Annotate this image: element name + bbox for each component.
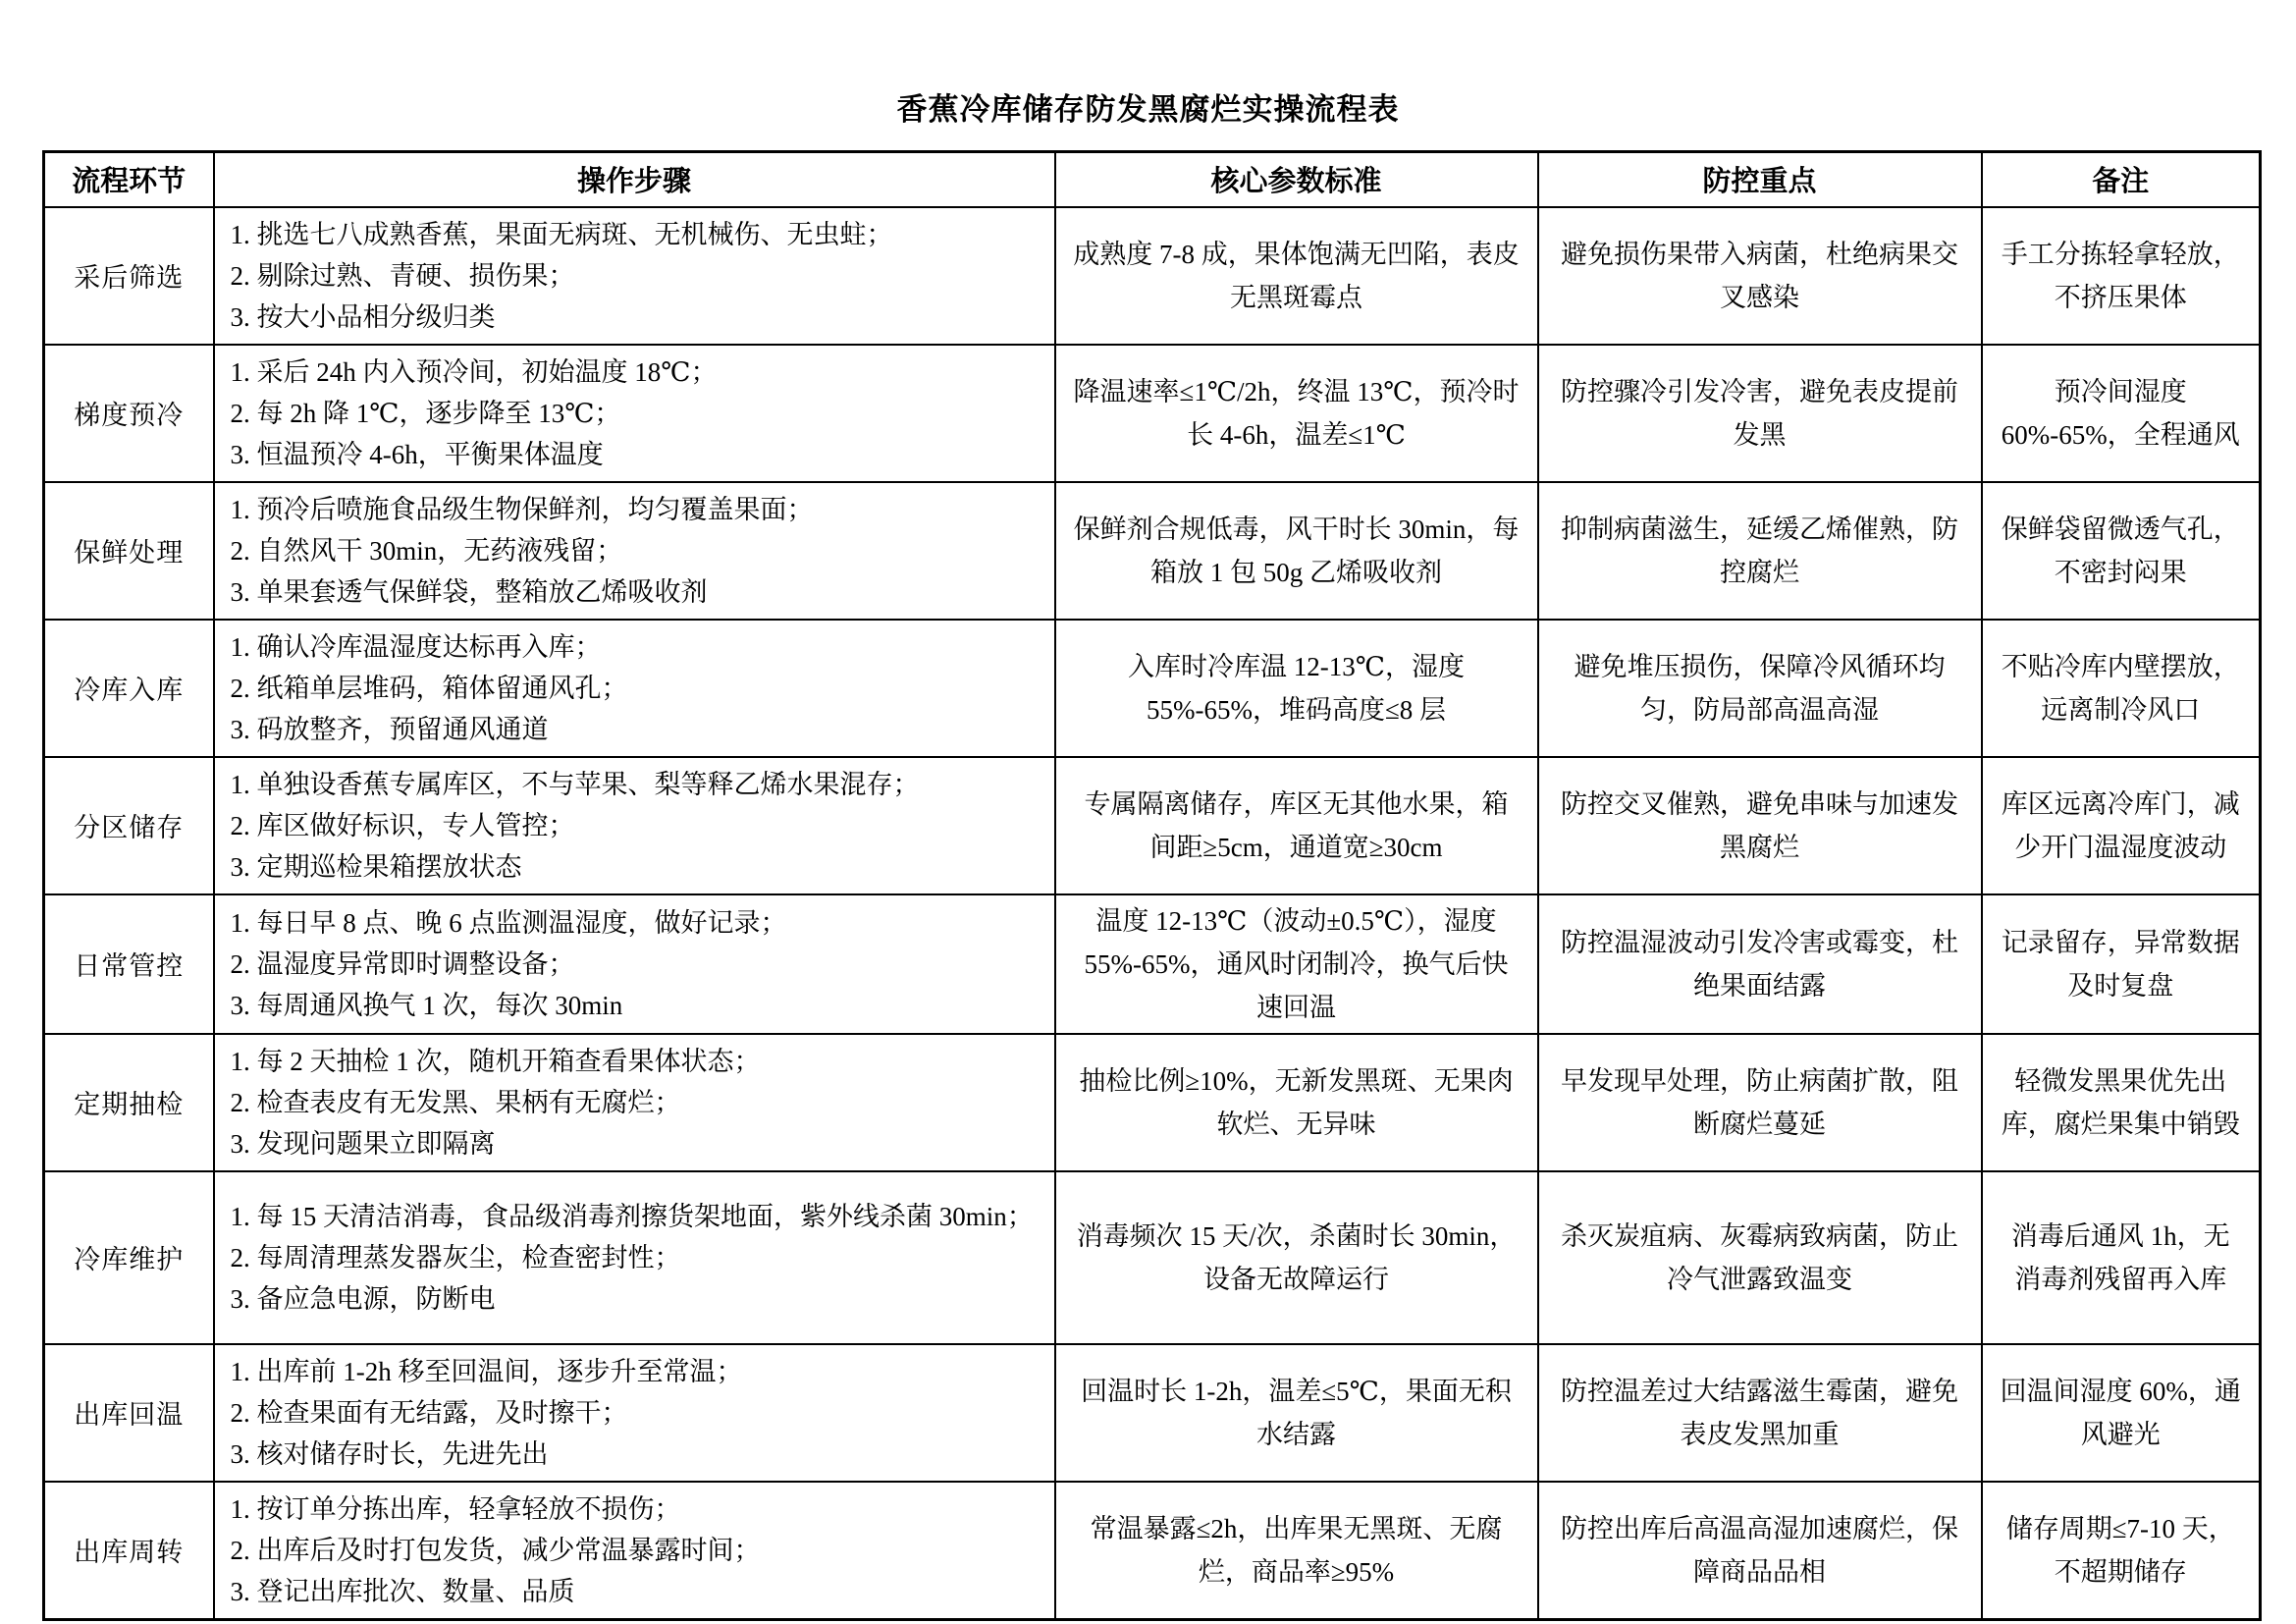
steps-cell: 1. 预冷后喷施食品级生物保鲜剂，均匀覆盖果面； 2. 自然风干 30min，无…: [214, 482, 1055, 620]
step-line: 2. 纸箱单层堆码，箱体留通风孔；: [231, 668, 1042, 709]
step-line: 1. 确认冷库温湿度达标再入库；: [231, 626, 1042, 668]
step-line: 2. 出库后及时打包发货，减少常温暴露时间；: [231, 1530, 1042, 1571]
step-line: 2. 自然风干 30min，无药液残留；: [231, 530, 1042, 571]
notes-cell: 消毒后通风 1h，无消毒剂残留再入库: [1982, 1171, 2261, 1344]
step-line: 1. 挑选七八成熟香蕉，果面无病斑、无机械伤、无虫蛀；: [231, 214, 1042, 255]
step-line: 3. 定期巡检果箱摆放状态: [231, 846, 1042, 888]
table-row: 出库周转 1. 按订单分拣出库，轻拿轻放不损伤； 2. 出库后及时打包发货，减少…: [44, 1482, 2261, 1620]
header-cell-steps: 操作步骤: [214, 152, 1055, 207]
params-cell: 抽检比例≥10%，无新发黑斑、无果肉软烂、无异味: [1055, 1034, 1538, 1171]
focus-cell: 早发现早处理，防止病菌扩散，阻断腐烂蔓延: [1538, 1034, 1982, 1171]
stage-cell: 日常管控: [44, 894, 214, 1034]
focus-cell: 防控温湿波动引发冷害或霉变，杜绝果面结露: [1538, 894, 1982, 1034]
table-row: 冷库维护 1. 每 15 天清洁消毒，食品级消毒剂擦货架地面，紫外线杀菌 30m…: [44, 1171, 2261, 1344]
focus-cell: 避免堆压损伤，保障冷风循环均匀，防局部高温高湿: [1538, 620, 1982, 757]
step-line: 1. 预冷后喷施食品级生物保鲜剂，均匀覆盖果面；: [231, 489, 1042, 530]
header-row: 流程环节 操作步骤 核心参数标准 防控重点 备注: [44, 152, 2261, 207]
step-line: 3. 每周通风换气 1 次，每次 30min: [231, 985, 1042, 1026]
process-flow-table: 流程环节 操作步骤 核心参数标准 防控重点 备注 采后筛选 1. 挑选七八成熟香…: [42, 150, 2262, 1621]
header-cell-notes: 备注: [1982, 152, 2261, 207]
focus-cell: 防控温差过大结露滋生霉菌，避免表皮发黑加重: [1538, 1344, 1982, 1482]
focus-cell: 抑制病菌滋生，延缓乙烯催熟，防控腐烂: [1538, 482, 1982, 620]
step-line: 1. 每日早 8 点、晚 6 点监测温湿度，做好记录；: [231, 902, 1042, 944]
params-cell: 专属隔离储存，库区无其他水果，箱间距≥5cm，通道宽≥30cm: [1055, 757, 1538, 894]
step-line: 2. 每 2h 降 1℃，逐步降至 13℃；: [231, 393, 1042, 434]
header-cell-stage: 流程环节: [44, 152, 214, 207]
params-cell: 保鲜剂合规低毒，风干时长 30min，每箱放 1 包 50g 乙烯吸收剂: [1055, 482, 1538, 620]
step-line: 3. 按大小品相分级归类: [231, 297, 1042, 338]
params-cell: 成熟度 7-8 成，果体饱满无凹陷，表皮无黑斑霉点: [1055, 207, 1538, 345]
stage-cell: 出库回温: [44, 1344, 214, 1482]
focus-cell: 避免损伤果带入病菌，杜绝病果交叉感染: [1538, 207, 1982, 345]
table-row: 冷库入库 1. 确认冷库温湿度达标再入库； 2. 纸箱单层堆码，箱体留通风孔； …: [44, 620, 2261, 757]
steps-cell: 1. 每 15 天清洁消毒，食品级消毒剂擦货架地面，紫外线杀菌 30min； 2…: [214, 1171, 1055, 1344]
step-line: 1. 采后 24h 内入预冷间，初始温度 18℃；: [231, 352, 1042, 393]
focus-cell: 杀灭炭疽病、灰霉病致病菌，防止冷气泄露致温变: [1538, 1171, 1982, 1344]
stage-cell: 保鲜处理: [44, 482, 214, 620]
step-line: 1. 按订单分拣出库，轻拿轻放不损伤；: [231, 1489, 1042, 1530]
stage-cell: 定期抽检: [44, 1034, 214, 1171]
stage-cell: 冷库入库: [44, 620, 214, 757]
steps-cell: 1. 每 2 天抽检 1 次，随机开箱查看果体状态； 2. 检查表皮有无发黑、果…: [214, 1034, 1055, 1171]
params-cell: 常温暴露≤2h，出库果无黑斑、无腐烂，商品率≥95%: [1055, 1482, 1538, 1620]
table-row: 定期抽检 1. 每 2 天抽检 1 次，随机开箱查看果体状态； 2. 检查表皮有…: [44, 1034, 2261, 1171]
step-line: 3. 单果套透气保鲜袋，整箱放乙烯吸收剂: [231, 571, 1042, 613]
step-line: 2. 检查果面有无结露，及时擦干；: [231, 1392, 1042, 1434]
step-line: 2. 库区做好标识，专人管控；: [231, 805, 1042, 846]
steps-cell: 1. 确认冷库温湿度达标再入库； 2. 纸箱单层堆码，箱体留通风孔； 3. 码放…: [214, 620, 1055, 757]
focus-cell: 防控交叉催熟，避免串味与加速发黑腐烂: [1538, 757, 1982, 894]
step-line: 3. 码放整齐，预留通风通道: [231, 709, 1042, 750]
notes-cell: 库区远离冷库门，减少开门温湿度波动: [1982, 757, 2261, 894]
params-cell: 入库时冷库温 12-13℃，湿度 55%-65%，堆码高度≤8 层: [1055, 620, 1538, 757]
table-row: 保鲜处理 1. 预冷后喷施食品级生物保鲜剂，均匀覆盖果面； 2. 自然风干 30…: [44, 482, 2261, 620]
header-cell-focus: 防控重点: [1538, 152, 1982, 207]
focus-cell: 防控出库后高温高湿加速腐烂，保障商品品相: [1538, 1482, 1982, 1620]
table-row: 日常管控 1. 每日早 8 点、晚 6 点监测温湿度，做好记录； 2. 温湿度异…: [44, 894, 2261, 1034]
stage-cell: 分区储存: [44, 757, 214, 894]
table-row: 梯度预冷 1. 采后 24h 内入预冷间，初始温度 18℃； 2. 每 2h 降…: [44, 345, 2261, 482]
header-cell-params: 核心参数标准: [1055, 152, 1538, 207]
params-cell: 降温速率≤1℃/2h，终温 13℃，预冷时长 4-6h，温差≤1℃: [1055, 345, 1538, 482]
notes-cell: 不贴冷库内壁摆放，远离制冷风口: [1982, 620, 2261, 757]
step-line: 3. 备应急电源，防断电: [231, 1278, 1042, 1320]
step-line: 1. 每 15 天清洁消毒，食品级消毒剂擦货架地面，紫外线杀菌 30min；: [231, 1196, 1042, 1237]
step-line: 3. 核对储存时长，先进先出: [231, 1434, 1042, 1475]
stage-cell: 采后筛选: [44, 207, 214, 345]
step-line: 3. 发现问题果立即隔离: [231, 1123, 1042, 1164]
focus-cell: 防控骤冷引发冷害，避免表皮提前发黑: [1538, 345, 1982, 482]
step-line: 1. 每 2 天抽检 1 次，随机开箱查看果体状态；: [231, 1041, 1042, 1082]
notes-cell: 记录留存，异常数据及时复盘: [1982, 894, 2261, 1034]
step-line: 1. 单独设香蕉专属库区，不与苹果、梨等释乙烯水果混存；: [231, 764, 1042, 805]
page-title: 香蕉冷库储存防发黑腐烂实操流程表: [0, 0, 2296, 129]
table-row: 出库回温 1. 出库前 1-2h 移至回温间，逐步升至常温； 2. 检查果面有无…: [44, 1344, 2261, 1482]
steps-cell: 1. 每日早 8 点、晚 6 点监测温湿度，做好记录； 2. 温湿度异常即时调整…: [214, 894, 1055, 1034]
stage-cell: 出库周转: [44, 1482, 214, 1620]
notes-cell: 预冷间湿度 60%-65%，全程通风: [1982, 345, 2261, 482]
step-line: 3. 登记出库批次、数量、品质: [231, 1571, 1042, 1612]
step-line: 2. 每周清理蒸发器灰尘，检查密封性；: [231, 1237, 1042, 1278]
steps-cell: 1. 按订单分拣出库，轻拿轻放不损伤； 2. 出库后及时打包发货，减少常温暴露时…: [214, 1482, 1055, 1620]
steps-cell: 1. 出库前 1-2h 移至回温间，逐步升至常温； 2. 检查果面有无结露，及时…: [214, 1344, 1055, 1482]
params-cell: 温度 12-13℃（波动±0.5℃），湿度 55%-65%，通风时闭制冷，换气后…: [1055, 894, 1538, 1034]
notes-cell: 手工分拣轻拿轻放，不挤压果体: [1982, 207, 2261, 345]
step-line: 2. 剔除过熟、青硬、损伤果；: [231, 255, 1042, 297]
step-line: 1. 出库前 1-2h 移至回温间，逐步升至常温；: [231, 1351, 1042, 1392]
table-row: 采后筛选 1. 挑选七八成熟香蕉，果面无病斑、无机械伤、无虫蛀； 2. 剔除过熟…: [44, 207, 2261, 345]
steps-cell: 1. 采后 24h 内入预冷间，初始温度 18℃； 2. 每 2h 降 1℃，逐…: [214, 345, 1055, 482]
notes-cell: 轻微发黑果优先出库，腐烂果集中销毁: [1982, 1034, 2261, 1171]
step-line: 2. 检查表皮有无发黑、果柄有无腐烂；: [231, 1082, 1042, 1123]
table-row: 分区储存 1. 单独设香蕉专属库区，不与苹果、梨等释乙烯水果混存； 2. 库区做…: [44, 757, 2261, 894]
steps-cell: 1. 单独设香蕉专属库区，不与苹果、梨等释乙烯水果混存； 2. 库区做好标识，专…: [214, 757, 1055, 894]
notes-cell: 回温间湿度 60%，通风避光: [1982, 1344, 2261, 1482]
stage-cell: 梯度预冷: [44, 345, 214, 482]
stage-cell: 冷库维护: [44, 1171, 214, 1344]
step-line: 3. 恒温预冷 4-6h，平衡果体温度: [231, 434, 1042, 475]
step-line: 2. 温湿度异常即时调整设备；: [231, 944, 1042, 985]
params-cell: 回温时长 1-2h，温差≤5℃，果面无积水结露: [1055, 1344, 1538, 1482]
notes-cell: 储存周期≤7-10 天，不超期储存: [1982, 1482, 2261, 1620]
steps-cell: 1. 挑选七八成熟香蕉，果面无病斑、无机械伤、无虫蛀； 2. 剔除过熟、青硬、损…: [214, 207, 1055, 345]
params-cell: 消毒频次 15 天/次，杀菌时长 30min，设备无故障运行: [1055, 1171, 1538, 1344]
notes-cell: 保鲜袋留微透气孔，不密封闷果: [1982, 482, 2261, 620]
